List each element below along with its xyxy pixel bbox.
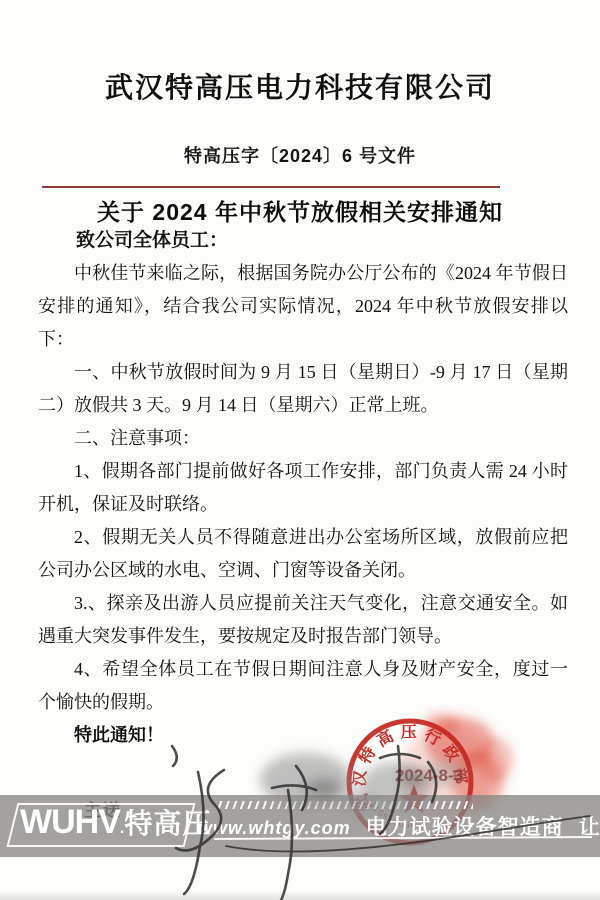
paragraph-notes-heading: 二、注意事项： (38, 422, 568, 455)
paragraph-holiday-dates: 一、中秋节放假时间为 9 月 15 日（星期日）-9 月 17 日（星期二）放假… (38, 356, 568, 422)
salutation: 致公司全体员工： (38, 224, 568, 257)
paragraph-note-3: 3.、探亲及出游人员应提前关注天气变化，注意交通安全。如遇重大突发事件发生，要按… (38, 587, 568, 653)
notice-body: 致公司全体员工： 中秋佳节来临之际，根据国务院办公厅公布的《2024 年节假日安… (38, 224, 568, 752)
document-number: 特高压字〔2024〕6 号文件 (0, 142, 600, 168)
company-name: 武汉特高压电力科技有限公司 (0, 66, 600, 106)
paragraph-note-2: 2、假期无关人员不得随意进出办公室场所区域，放假前应把公司办公区域的水电、空调、… (38, 521, 568, 587)
document-page: 武汉特高压电力科技有限公司 特高压字〔2024〕6 号文件 关于 2024 年中… (0, 0, 600, 900)
brand-logo-latin: WUHV (20, 803, 120, 841)
paragraph-note-1: 1、假期各部门提前做好各项工作安排，部门负责人需 24 小时开机，保证及时联络。 (38, 455, 568, 521)
paragraph-intro: 中秋佳节来临之际，根据国务院办公厅公布的《2024 年节假日安排的通知》，结合我… (38, 257, 568, 356)
red-divider-rule (42, 186, 500, 188)
notice-title: 关于 2024 年中秋节放假相关安排通知 (0, 194, 600, 227)
handwritten-signature (128, 728, 600, 900)
